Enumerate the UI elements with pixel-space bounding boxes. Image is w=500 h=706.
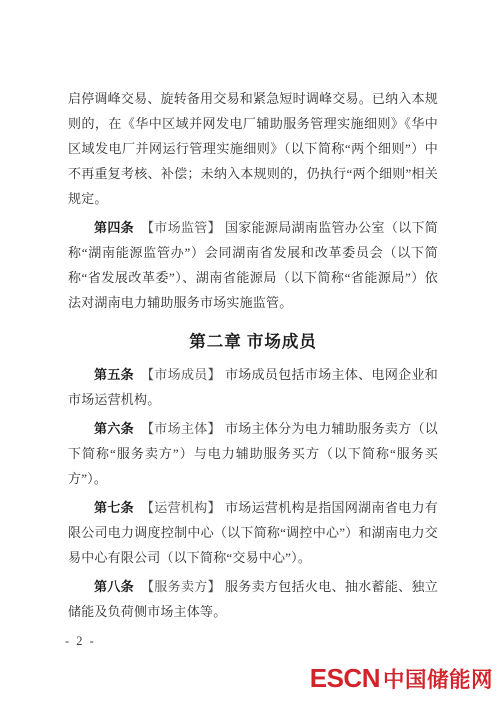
page-number: - 2 - [65, 634, 96, 649]
article-tag: 【市场监管】 [141, 220, 221, 235]
article-tag: 【市场成员】 [141, 367, 221, 382]
article-paragraph-7: 第七条【运营机构】市场运营机构是指国网湖南省电力有限公司电力调度控制中心（以下简… [68, 495, 438, 570]
article-tag: 【运营机构】 [141, 500, 221, 515]
article-number: 第四条 [94, 220, 134, 235]
article-paragraph-6: 第六条【市场主体】市场主体分为电力辅助服务卖方（以下简称“服务卖方”）与电力辅助… [68, 416, 438, 491]
escn-logo: ESCN 中国储能网 [310, 663, 493, 694]
article-paragraph-8: 第八条【服务卖方】服务卖方包括火电、抽水蓄能、独立储能及负荷侧市场主体等。 [68, 574, 438, 624]
document-body: 启停调峰交易、旋转备用交易和紧急短时调峰交易。已纳入本规则的，在《华中区域并网发… [68, 86, 438, 628]
article-number: 第八条 [94, 579, 134, 594]
paragraph-continuation: 启停调峰交易、旋转备用交易和紧急短时调峰交易。已纳入本规则的，在《华中区域并网发… [68, 86, 438, 211]
chapter-heading: 第二章 市场成员 [68, 329, 438, 355]
article-number: 第五条 [94, 367, 134, 382]
article-tag: 【市场主体】 [141, 421, 221, 436]
logo-text-en: ESCN [310, 663, 380, 694]
document-page: 启停调峰交易、旋转备用交易和紧急短时调峰交易。已纳入本规则的，在《华中区域并网发… [0, 0, 500, 706]
article-paragraph-4: 第四条【市场监管】国家能源局湖南监管办公室（以下简称“湖南能源监管办”）会同湖南… [68, 215, 438, 315]
article-number: 第七条 [94, 500, 134, 515]
article-tag: 【服务卖方】 [141, 579, 221, 594]
article-number: 第六条 [94, 421, 134, 436]
logo-text-zh: 中国储能网 [383, 663, 493, 694]
paragraph-text: 启停调峰交易、旋转备用交易和紧急短时调峰交易。已纳入本规则的，在《华中区域并网发… [68, 91, 438, 206]
article-paragraph-5: 第五条【市场成员】市场成员包括市场主体、电网企业和市场运营机构。 [68, 362, 438, 412]
